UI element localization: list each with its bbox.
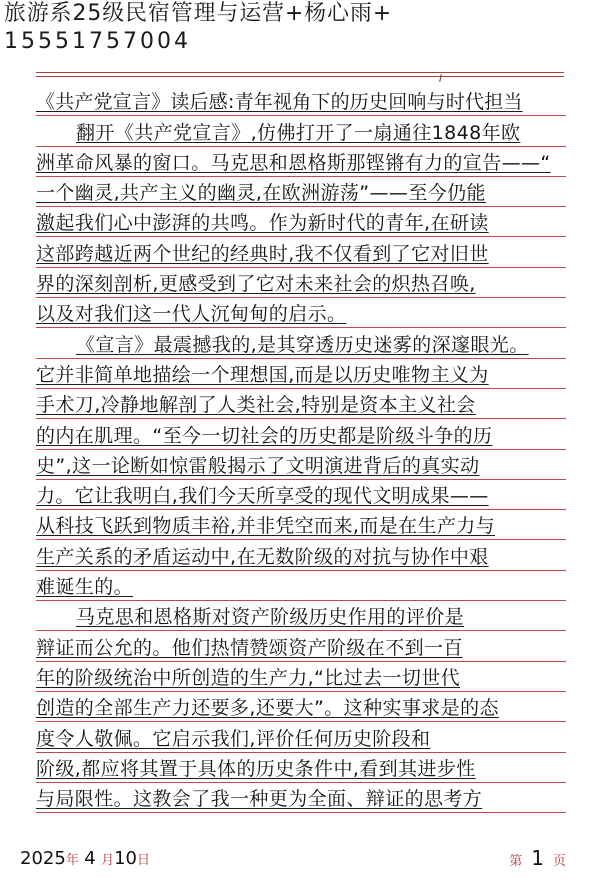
ruled-line: 生产关系的矛盾运动中,在无数阶级的对抗与协作中艰 xyxy=(36,540,566,570)
essay-line: 从科技飞跃到物质丰裕,并非凭空而来,而是在生产力与 xyxy=(36,515,495,537)
essay-line: 界的深刻剖析,更感受到了它对未来社会的炽热召唤, xyxy=(36,273,476,295)
essay-line: 激起我们心中澎湃的共鸣。作为新时代的青年,在研读 xyxy=(36,212,489,234)
essay-line: 一个幽灵,共产主义的幽灵,在欧洲游荡”——至今仍能 xyxy=(36,182,486,204)
page-number-field: 第1页 xyxy=(509,846,566,870)
essay-line: 生产关系的矛盾运动中,在无数阶级的对抗与协作中艰 xyxy=(36,546,489,568)
ruled-line: 界的深刻剖析,更感受到了它对未来社会的炽热召唤, xyxy=(36,268,566,298)
essay-line: 马克思和恩格斯对资产阶级历史作用的评价是 xyxy=(76,606,464,628)
ruled-line: 洲革命风暴的窗口。马克思和恩格斯那铿锵有力的宣告——“ xyxy=(36,147,566,177)
ruled-sheet: 《共产党宣言》读后感:青年视角下的历史回响与时代担当翻开《共产党宣言》,仿佛打开… xyxy=(36,86,566,813)
ruled-line: 的内在肌理。“至今一切社会的历史都是阶级斗争的历 xyxy=(36,419,566,449)
page-number: 1 xyxy=(531,846,544,870)
essay-line: 辩证而公允的。他们热情赞颂资产阶级在不到一百 xyxy=(36,637,463,659)
date-field: 2025年 4 月10日 xyxy=(20,848,150,869)
day-label: 日 xyxy=(137,853,150,868)
essay-line: 手术刀,冷静地解剖了人类社会,特别是资本主义社会 xyxy=(36,394,476,416)
ruled-line: 这部跨越近两个世纪的经典时,我不仅看到了它对旧世 xyxy=(36,237,566,267)
month-value: 4 xyxy=(84,848,95,869)
ruled-line: 《宣言》最震撼我的,是其穿透历史迷雾的深邃眼光。 xyxy=(36,328,566,358)
essay-line: 史”,这一论断如惊雷般揭示了文明演进背后的真实动 xyxy=(36,455,479,477)
essay-line: 《宣言》最震撼我的,是其穿透历史迷雾的深邃眼光。 xyxy=(76,334,529,356)
page-prefix: 第 xyxy=(509,854,522,869)
phone-number: 15551757004 xyxy=(4,28,600,56)
essay-line: 翻开《共产党宣言》,仿佛打开了一扇通往1848年欧 xyxy=(76,122,520,144)
header: 旅游系25级民宿管理与运营+杨心雨+ 15551757004 xyxy=(4,0,600,56)
page-suffix: 页 xyxy=(553,854,566,869)
essay-line: 以及对我们这一代人沉甸甸的启示。 xyxy=(36,303,346,325)
ruled-line: 从科技飞跃到物质丰裕,并非凭空而来,而是在生产力与 xyxy=(36,510,566,540)
essay-line: 创造的全部生产力还要多,还要大”。这种实事求是的态 xyxy=(36,697,499,719)
pen-mark xyxy=(439,74,442,82)
ruled-line: 马克思和恩格斯对资产阶级历史作用的评价是 xyxy=(36,601,566,631)
year-value: 2025 xyxy=(20,848,66,869)
ruled-line: 《共产党宣言》读后感:青年视角下的历史回响与时代担当 xyxy=(36,86,566,116)
ruled-line: 它并非简单地描绘一个理想国,而是以历史唯物主义为 xyxy=(36,359,566,389)
essay-line: 年的阶级统治中所创造的生产力,“比过去一切世代 xyxy=(36,667,460,689)
ruled-line: 年的阶级统治中所创造的生产力,“比过去一切世代 xyxy=(36,662,566,692)
ruled-line: 史”,这一论断如惊雷般揭示了文明演进背后的真实动 xyxy=(36,450,566,480)
ruled-line: 以及对我们这一代人沉甸甸的启示。 xyxy=(36,298,566,328)
essay-line: 的内在肌理。“至今一切社会的历史都是阶级斗争的历 xyxy=(36,425,492,447)
essay-line: 它并非简单地描绘一个理想国,而是以历史唯物主义为 xyxy=(36,364,489,386)
essay-line: 阶级,都应将其置于具体的历史条件中,看到其进步性 xyxy=(36,758,476,780)
essay-line: 与局限性。这教会了我一种更为全面、辩证的思考方 xyxy=(36,788,482,810)
ruled-line: 翻开《共产党宣言》,仿佛打开了一扇通往1848年欧 xyxy=(36,116,566,146)
ruled-line: 激起我们心中澎湃的共鸣。作为新时代的青年,在研读 xyxy=(36,207,566,237)
ruled-line: 难诞生的。 xyxy=(36,571,566,601)
ruled-line: 一个幽灵,共产主义的幽灵,在欧洲游荡”——至今仍能 xyxy=(36,177,566,207)
top-rule-2 xyxy=(36,76,564,77)
ruled-line: 手术刀,冷静地解剖了人类社会,特别是资本主义社会 xyxy=(36,389,566,419)
student-info: 旅游系25级民宿管理与运营+杨心雨+ xyxy=(4,0,596,28)
ruled-line: 阶级,都应将其置于具体的历史条件中,看到其进步性 xyxy=(36,753,566,783)
essay-line: 洲革命风暴的窗口。马克思和恩格斯那铿锵有力的宣告——“ xyxy=(36,152,551,174)
ruled-line: 度令人敬佩。它启示我们,评价任何历史阶段和 xyxy=(36,722,566,752)
ruled-line: 与局限性。这教会了我一种更为全面、辩证的思考方 xyxy=(36,783,566,813)
year-label: 年 xyxy=(66,853,79,868)
day-value: 10 xyxy=(114,848,137,869)
ruled-line: 创造的全部生产力还要多,还要大”。这种实事求是的态 xyxy=(36,692,566,722)
month-label: 月 xyxy=(101,853,114,868)
ruled-line: 力。它让我明白,我们今天所享受的现代文明成果—— xyxy=(36,480,566,510)
essay-line: 难诞生的。 xyxy=(36,576,133,598)
essay-line: 这部跨越近两个世纪的经典时,我不仅看到了它对旧世 xyxy=(36,243,489,265)
ruled-line: 辩证而公允的。他们热情赞颂资产阶级在不到一百 xyxy=(36,631,566,661)
top-rule-1 xyxy=(36,72,564,73)
essay-title: 《共产党宣言》读后感:青年视角下的历史回响与时代担当 xyxy=(36,91,523,113)
essay-line: 度令人敬佩。它启示我们,评价任何历史阶段和 xyxy=(36,728,430,750)
essay-line: 力。它让我明白,我们今天所享受的现代文明成果—— xyxy=(36,485,489,507)
